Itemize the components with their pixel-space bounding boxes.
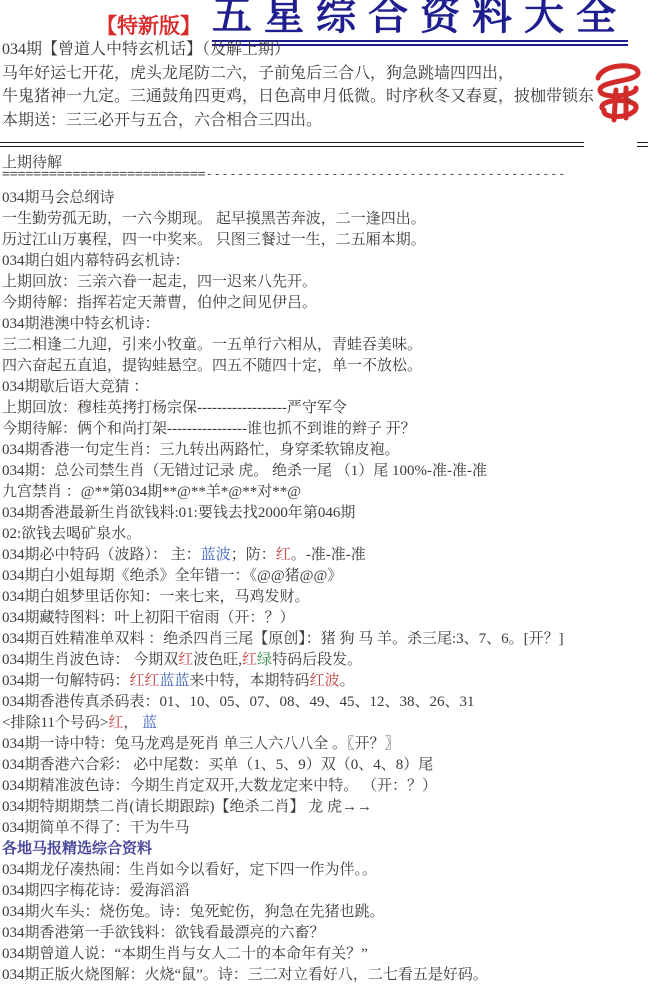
divider-main-segment [0,142,584,147]
text-line: 034期必中特码（波路）： 主：蓝波；防：红。-准-准-准 [2,545,564,566]
text-line: 历过江山万裏程，四一中奖来。 只图三餐过一生，二五厢本期。 [2,230,564,251]
text-segment: 034期歇后语大竞猜 ： [2,379,148,395]
text-line: 四六奋起五直追，提钩蛙悬空。四五不随四十定，单一不放松。 [2,356,564,377]
text-segment: ；防： [231,547,276,563]
text-line: 034期【曾道人中特玄机话】（及解上期） [2,38,642,62]
text-line: 034期一诗中特：兔马龙鸡是死肖 单三人六八八全 。〖开？〗 [2,734,564,755]
text-line: 034期香港一句定生肖：三九转出两路忙，身穿柔软锦皮袍。 [2,440,564,461]
text-segment: <排除11个号码> [2,715,108,731]
text-segment: 034期藏特图料：叶上初阳干宿雨（开：？） [2,610,295,626]
text-segment: 034期必中特码（波路）： 主： [2,547,201,563]
text-line: 上期回放：三亲六眷一起走，四一迟来八先开。 [2,272,564,293]
content-lines: 034期马会总纲诗一生勤劳孤无助，一六今期现。 起早摸黑苦奔波，二一逢四出。历过… [2,188,564,986]
text-segment: 034期精准波色诗：今期生肖定双开,大数龙定来中特。 （开：？） [2,778,437,794]
text-segment: 上期回放：穆桂英拷打杨宗保------------------严守军令 [2,400,347,416]
text-line: 马年好运七开花，虎头龙尾防二六，子前兔后三合八，狗急跳墙四四出， [2,62,642,86]
text-line: 034期百姓精准单双料 ：绝杀四肖三尾【原创】：猪 狗 马 羊。杀三尾:3、7、… [2,629,564,650]
text-segment: 034期白姐内幕特码玄机诗： [2,253,190,269]
text-segment: 今期待解：指挥若定天萧曹，伯仲之间见伊吕。 [2,295,317,311]
text-segment: 红 [276,547,291,563]
text-segment: 特码后段发。 [272,652,362,668]
text-segment: 034期白姐梦里话你知：一来七来，马鸡发财。 [2,589,310,605]
text-line: 034期生肖波色诗： 今期双红波色旺,红绿特码后段发。 [2,650,564,671]
text-segment: 一生勤劳孤无助，一六今期现。 起早摸黑苦奔波，二一逢四出。 [2,211,426,227]
text-segment: 四六奋起五直追，提钩蛙悬空。四五不随四十定，单一不放松。 [2,358,422,374]
text-segment: 034期百姓精准单双料 ：绝杀四肖三尾【原创】：猪 狗 马 羊。杀三尾:3、7、… [2,631,564,647]
text-line: 上期回放：穆桂英拷打杨宗保------------------严守军令 [2,398,564,419]
text-line: 034期香港第一手欲钱料：欲钱看最漂亮的六畜？ [2,923,564,944]
text-segment: 红红 [130,673,160,689]
text-segment: ， [123,715,142,731]
text-segment: 034期一诗中特：兔马龙鸡是死肖 单三人六八八全 。〖开？〗 [2,736,400,752]
text-line: 034期火车头：烧伤兔。诗：兔死蛇伤，狗急在先猪也跳。 [2,902,564,923]
text-line: 九宫禁肖 ：@**第034期**@**羊*@**对**@ [2,482,564,503]
text-segment: 034期香港最新生肖欲钱料:01:要钱去找2000年第046期 [2,505,355,521]
text-segment: 034期龙仔凑热闹：生肖如今以看好，定下四一作为伴。。 [2,862,377,878]
text-segment: 034期香港六合彩： 必中尾数：买单（1、5、9）双（0、4、8）尾 [2,757,433,773]
text-segment: 红 [178,652,193,668]
text-segment: 来中特，本期特码 [190,673,310,689]
text-line: 034期港澳中特玄机诗： [2,314,564,335]
divider-double-line [0,142,648,147]
text-segment: 034期火车头：烧伤兔。诗：兔死蛇伤，狗急在先猪也跳。 [2,904,385,920]
text-line: 今期待解：指挥若定天萧曹，伯仲之间见伊吕。 [2,293,564,314]
text-segment: 034期特期期禁二肖(请长期跟踪)【绝杀二肖】 龙 虎→→ [2,799,372,815]
text-line: 034期香港传真杀码表：01、10、05、07、08、49、45、12、38、2… [2,692,564,713]
text-segment: 蓝蓝 [160,673,190,689]
text-segment: 本期送：三三必开与五合，六合相合三四出。 [2,112,322,129]
text-line: 034期特期期禁二肖(请长期跟踪)【绝杀二肖】 龙 虎→→ [2,797,564,818]
text-segment: 034期：总公司禁生肖（无错过记录 虎。 绝杀一尾 （1）尾 100%-准-准-… [2,463,487,479]
text-line: 034期白小姐每期《绝杀》全年错一：《@@猪@@》 [2,566,564,587]
text-line: 034期龙仔凑热闹：生肖如今以看好，定下四一作为伴。。 [2,860,564,881]
text-line: 02:欲钱去喝矿泉水。 [2,524,564,545]
text-segment: 红 [242,652,257,668]
text-segment: 034期香港第一手欲钱料：欲钱看最漂亮的六畜？ [2,925,325,941]
text-segment: 034期白小姐每期《绝杀》全年错一：《@@猪@@》 [2,568,342,584]
text-segment: 034期马会总纲诗 [2,190,115,206]
text-line: 三二相逢二九迎，引来小牧童。一五单行六相从，青蛙吞美味。 [2,335,564,356]
text-segment: 034期曾道人说：“本期生肖与女人二十的本命年有关？” [2,946,368,962]
text-segment: 马年好运七开花，虎头龙尾防二六，子前兔后三合八，狗急跳墙四四出， [2,65,514,82]
text-segment: 034期简单不得了：干为牛马 [2,820,190,836]
text-segment: 红波 [310,673,340,689]
text-line: 牛鬼猪神一九定。三通鼓角四更鸡，日色高申月低微。时序秋冬又春夏，披枷带锁东 。 [2,85,642,109]
text-segment: 上期回放：三亲六眷一起走，四一迟来八先开。 [2,274,317,290]
text-segment: 蓝 [142,715,157,731]
text-line: 本期送：三三必开与五合，六合相合三四出。 [2,109,642,133]
text-segment: 02:欲钱去喝矿泉水。 [2,526,141,542]
text-line: 034期香港最新生肖欲钱料:01:要钱去找2000年第046期 [2,503,564,524]
text-segment: 历过江山万裏程，四一中奖来。 只图三餐过一生，二五厢本期。 [2,232,426,248]
text-line: 各地马报精选综合资料 [2,839,564,860]
text-line: 034期：总公司禁生肖（无错过记录 虎。 绝杀一尾 （1）尾 100%-准-准-… [2,461,564,482]
text-line: 今期待解：俩个和尚打架----------------谁也抓不到谁的辫子 开？ [2,419,564,440]
text-line: <排除11个号码>红， 蓝 [2,713,564,734]
text-line: 034期简单不得了：干为牛马 [2,818,564,839]
text-line: 034期白姐内幕特码玄机诗： [2,251,564,272]
intro-block: 034期【曾道人中特玄机话】（及解上期）马年好运七开花，虎头龙尾防二六，子前兔后… [2,38,642,132]
text-line: 034期一句解特码：红红蓝蓝来中特，本期特码红波。 [2,671,564,692]
text-segment: 红 [108,715,123,731]
text-segment: 。-准-准-准 [291,547,366,563]
text-segment: 034期四字梅花诗：爱海滔滔 [2,883,190,899]
text-segment: 三二相逢二九迎，引来小牧童。一五单行六相从，青蛙吞美味。 [2,337,422,353]
text-segment: 034期【曾道人中特玄机话】（及解上期） [2,41,290,58]
text-line: 034期香港六合彩： 必中尾数：买单（1、5、9）双（0、4、8）尾 [2,755,564,776]
separator-line: ==========================--------------… [2,167,566,182]
text-segment: 034期正版火烧图解：火烧“鼠”。诗：三二对立看好八，二七看五是好码。 [2,967,488,983]
text-segment: 牛鬼猪神一九定。三通鼓角四更鸡，日色高申月低微。时序秋冬又春夏，披枷带锁东 。 [2,88,642,105]
text-line: 034期白姐梦里话你知：一来七来，马鸡发财。 [2,587,564,608]
text-line: 034期歇后语大竞猜 ： [2,377,564,398]
text-segment: 蓝波 [201,547,231,563]
text-line: 034期藏特图料：叶上初阳干宿雨（开：？） [2,608,564,629]
divider-right-fragment [637,142,648,147]
text-segment: 034期香港一句定生肖：三九转出两路忙，身穿柔软锦皮袍。 [2,442,400,458]
text-segment: 034期香港传真杀码表：01、10、05、07、08、49、45、12、38、2… [2,694,475,710]
text-line: 034期马会总纲诗 [2,188,564,209]
text-segment: 034期一句解特码： [2,673,130,689]
text-line: 034期正版火烧图解：火烧“鼠”。诗：三二对立看好八，二七看五是好码。 [2,965,564,986]
text-line: 034期精准波色诗：今期生肖定双开,大数龙定来中特。 （开：？） [2,776,564,797]
text-segment: 034期港澳中特玄机诗： [2,316,160,332]
text-line: 一生勤劳孤无助，一六今期现。 起早摸黑苦奔波，二一逢四出。 [2,209,564,230]
text-segment: 。 [340,673,355,689]
text-segment: 九宫禁肖 ：@**第034期**@**羊*@**对**@ [2,484,301,500]
text-segment: 今期待解：俩个和尚打架----------------谁也抓不到谁的辫子 开？ [2,421,416,437]
text-segment: 绿 [257,652,272,668]
text-line: 034期四字梅花诗：爱海滔滔 [2,881,564,902]
edition-tag: 【特新版】 [96,10,201,40]
text-segment: 各地马报精选综合资料 [2,841,152,857]
text-segment: 034期生肖波色诗： 今期双 [2,652,178,668]
lottery-info-page: 【特新版】 五星综合资料大全 034期【曾道人中特玄机话】（及解上期）马年好运七… [0,0,648,999]
text-line: 034期曾道人说：“本期生肖与女人二十的本命年有关？” [2,944,564,965]
text-segment: 波色旺, [193,652,242,668]
